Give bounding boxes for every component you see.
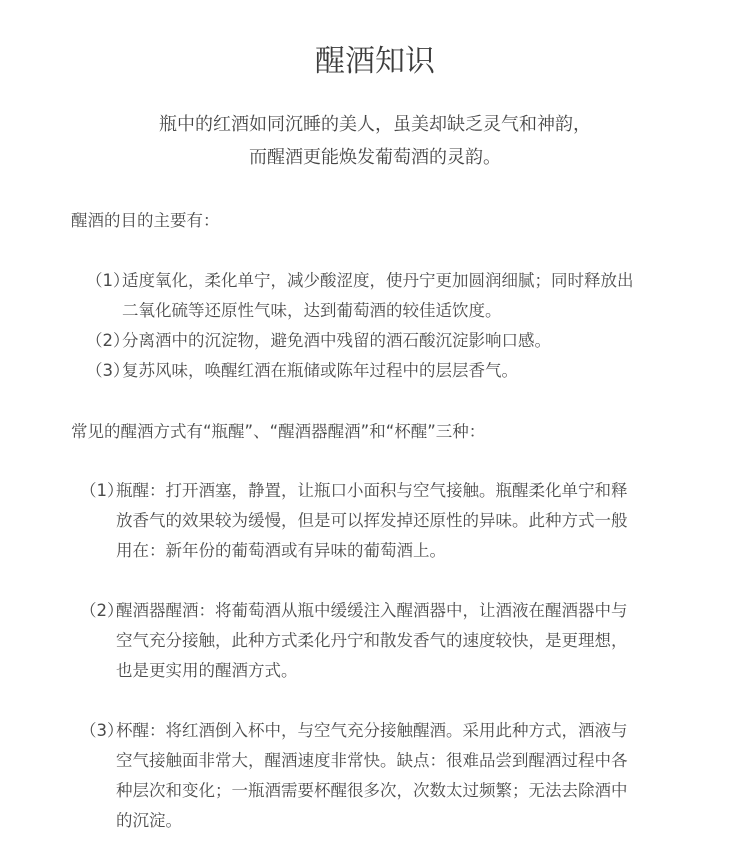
item-text-line: 空气充分接触，此种方式柔化丹宁和散发香气的速度较快，是更理想，	[116, 626, 628, 656]
item-number: （3）	[86, 356, 130, 386]
list-item: （2） 分离酒中的沉淀物，避免酒中残留的酒石酸沉淀影响口感。	[86, 326, 634, 356]
item-text-line: 分离酒中的沉淀物，避免酒中残留的酒石酸沉淀影响口感。	[122, 326, 634, 356]
list-item: （2） 醒酒器醒酒：将葡萄酒从瓶中缓缓注入醒酒器中，让酒液在醒酒器中与 空气充分…	[80, 596, 628, 686]
list-item: （3） 杯醒：将红酒倒入杯中，与空气充分接触醒酒。采用此种方式，酒液与 空气接触…	[80, 716, 628, 836]
item-text-line: 用在：新年份的葡萄酒或有异味的葡萄酒上。	[116, 536, 628, 566]
methods-heading: 常见的醒酒方式有“瓶醒”、“醒酒器醒酒”和“杯醒”三种：	[71, 418, 485, 442]
intro-line: 瓶中的红酒如同沉睡的美人，虽美却缺乏灵气和神韵，	[0, 108, 750, 141]
item-number: （2）	[80, 596, 124, 626]
item-text-line: 的沉淀。	[116, 806, 628, 836]
item-text-line: 放香气的效果较为缓慢，但是可以挥发掉还原性的异味。此种方式一般	[116, 506, 628, 536]
intro-paragraph: 瓶中的红酒如同沉睡的美人，虽美却缺乏灵气和神韵， 而醒酒更能焕发葡萄酒的灵韵。	[0, 108, 750, 174]
item-number: （2）	[86, 326, 130, 356]
item-text-line: 空气接触面非常大，醒酒速度非常快。缺点：很难品尝到醒酒过程中各	[116, 746, 628, 776]
page-title: 醒酒知识	[0, 36, 750, 80]
item-text-line: 杯醒：将红酒倒入杯中，与空气充分接触醒酒。采用此种方式，酒液与	[116, 716, 628, 746]
item-text-line: 瓶醒：打开酒塞，静置，让瓶口小面积与空气接触。瓶醒柔化单宁和释	[116, 476, 628, 506]
item-text-line: 适度氧化，柔化单宁，减少酸涩度，使丹宁更加圆润细腻；同时释放出	[122, 266, 634, 296]
list-item: （1） 瓶醒：打开酒塞，静置，让瓶口小面积与空气接触。瓶醒柔化单宁和释 放香气的…	[80, 476, 628, 566]
list-item: （3） 复苏风味，唤醒红酒在瓶储或陈年过程中的层层香气。	[86, 356, 634, 386]
item-number: （3）	[80, 716, 124, 746]
item-number: （1）	[80, 476, 124, 506]
item-text-line: 复苏风味，唤醒红酒在瓶储或陈年过程中的层层香气。	[122, 356, 634, 386]
purposes-list: （1） 适度氧化，柔化单宁，减少酸涩度，使丹宁更加圆润细腻；同时释放出 二氧化硫…	[86, 266, 634, 386]
item-text-line: 也是更实用的醒酒方式。	[116, 656, 628, 686]
intro-line: 而醒酒更能焕发葡萄酒的灵韵。	[0, 141, 750, 174]
purposes-heading: 醒酒的目的主要有：	[71, 207, 220, 231]
item-number: （1）	[86, 266, 130, 296]
methods-list: （1） 瓶醒：打开酒塞，静置，让瓶口小面积与空气接触。瓶醒柔化单宁和释 放香气的…	[80, 476, 628, 866]
item-text-line: 种层次和变化；一瓶酒需要杯醒很多次，次数太过频繁；无法去除酒中	[116, 776, 628, 806]
item-text-line: 醒酒器醒酒：将葡萄酒从瓶中缓缓注入醒酒器中，让酒液在醒酒器中与	[116, 596, 628, 626]
item-text-line: 二氧化硫等还原性气味，达到葡萄酒的较佳适饮度。	[122, 296, 634, 326]
list-item: （1） 适度氧化，柔化单宁，减少酸涩度，使丹宁更加圆润细腻；同时释放出 二氧化硫…	[86, 266, 634, 326]
